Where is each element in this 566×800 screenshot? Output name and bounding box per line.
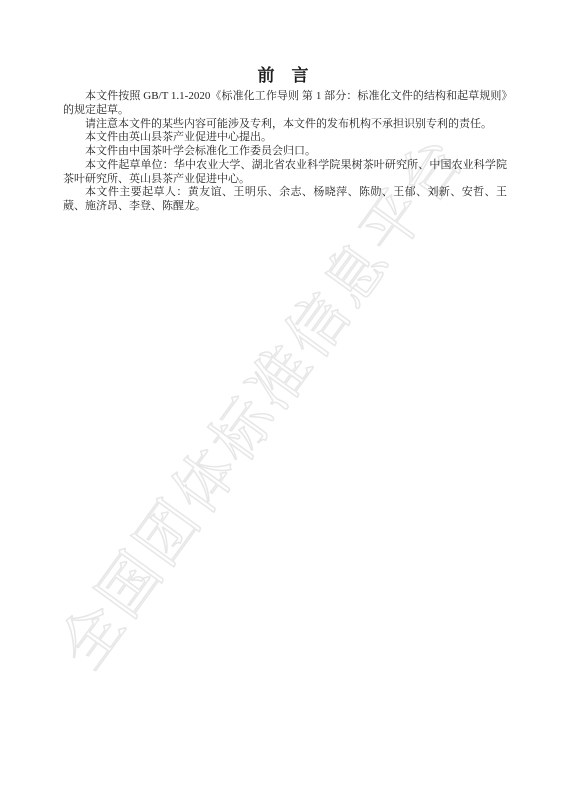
paragraph-drafting-organizations: 本文件起草单位：华中农业大学、湖北省农业科学院果树茶叶研究所、中国农业科学院茶叶…	[63, 159, 507, 187]
paragraph-patent-notice: 请注意本文件的某些内容可能涉及专利，本文件的发布机构不承担识别专利的责任。	[63, 118, 507, 132]
document-body: 本文件按照 GB/T 1.1-2020《标准化工作导则 第 1 部分：标准化文件…	[63, 90, 507, 214]
page-title: 前 言	[0, 61, 566, 86]
paragraph-main-drafters: 本文件主要起草人：黄友谊、王明乐、余志、杨晓萍、陈勋、王郁、刘新、安哲、王葳、施…	[63, 186, 507, 214]
paragraph-under-jurisdiction: 本文件由中国茶叶学会标准化工作委员会归口。	[63, 145, 507, 159]
document-page: 全国团体标准信息平台 前 言 本文件按照 GB/T 1.1-2020《标准化工作…	[0, 0, 566, 800]
paragraph-proposed-by: 本文件由英山县茶产业促进中心提出。	[63, 131, 507, 145]
paragraph-drafting-rule: 本文件按照 GB/T 1.1-2020《标准化工作导则 第 1 部分：标准化文件…	[63, 90, 507, 118]
